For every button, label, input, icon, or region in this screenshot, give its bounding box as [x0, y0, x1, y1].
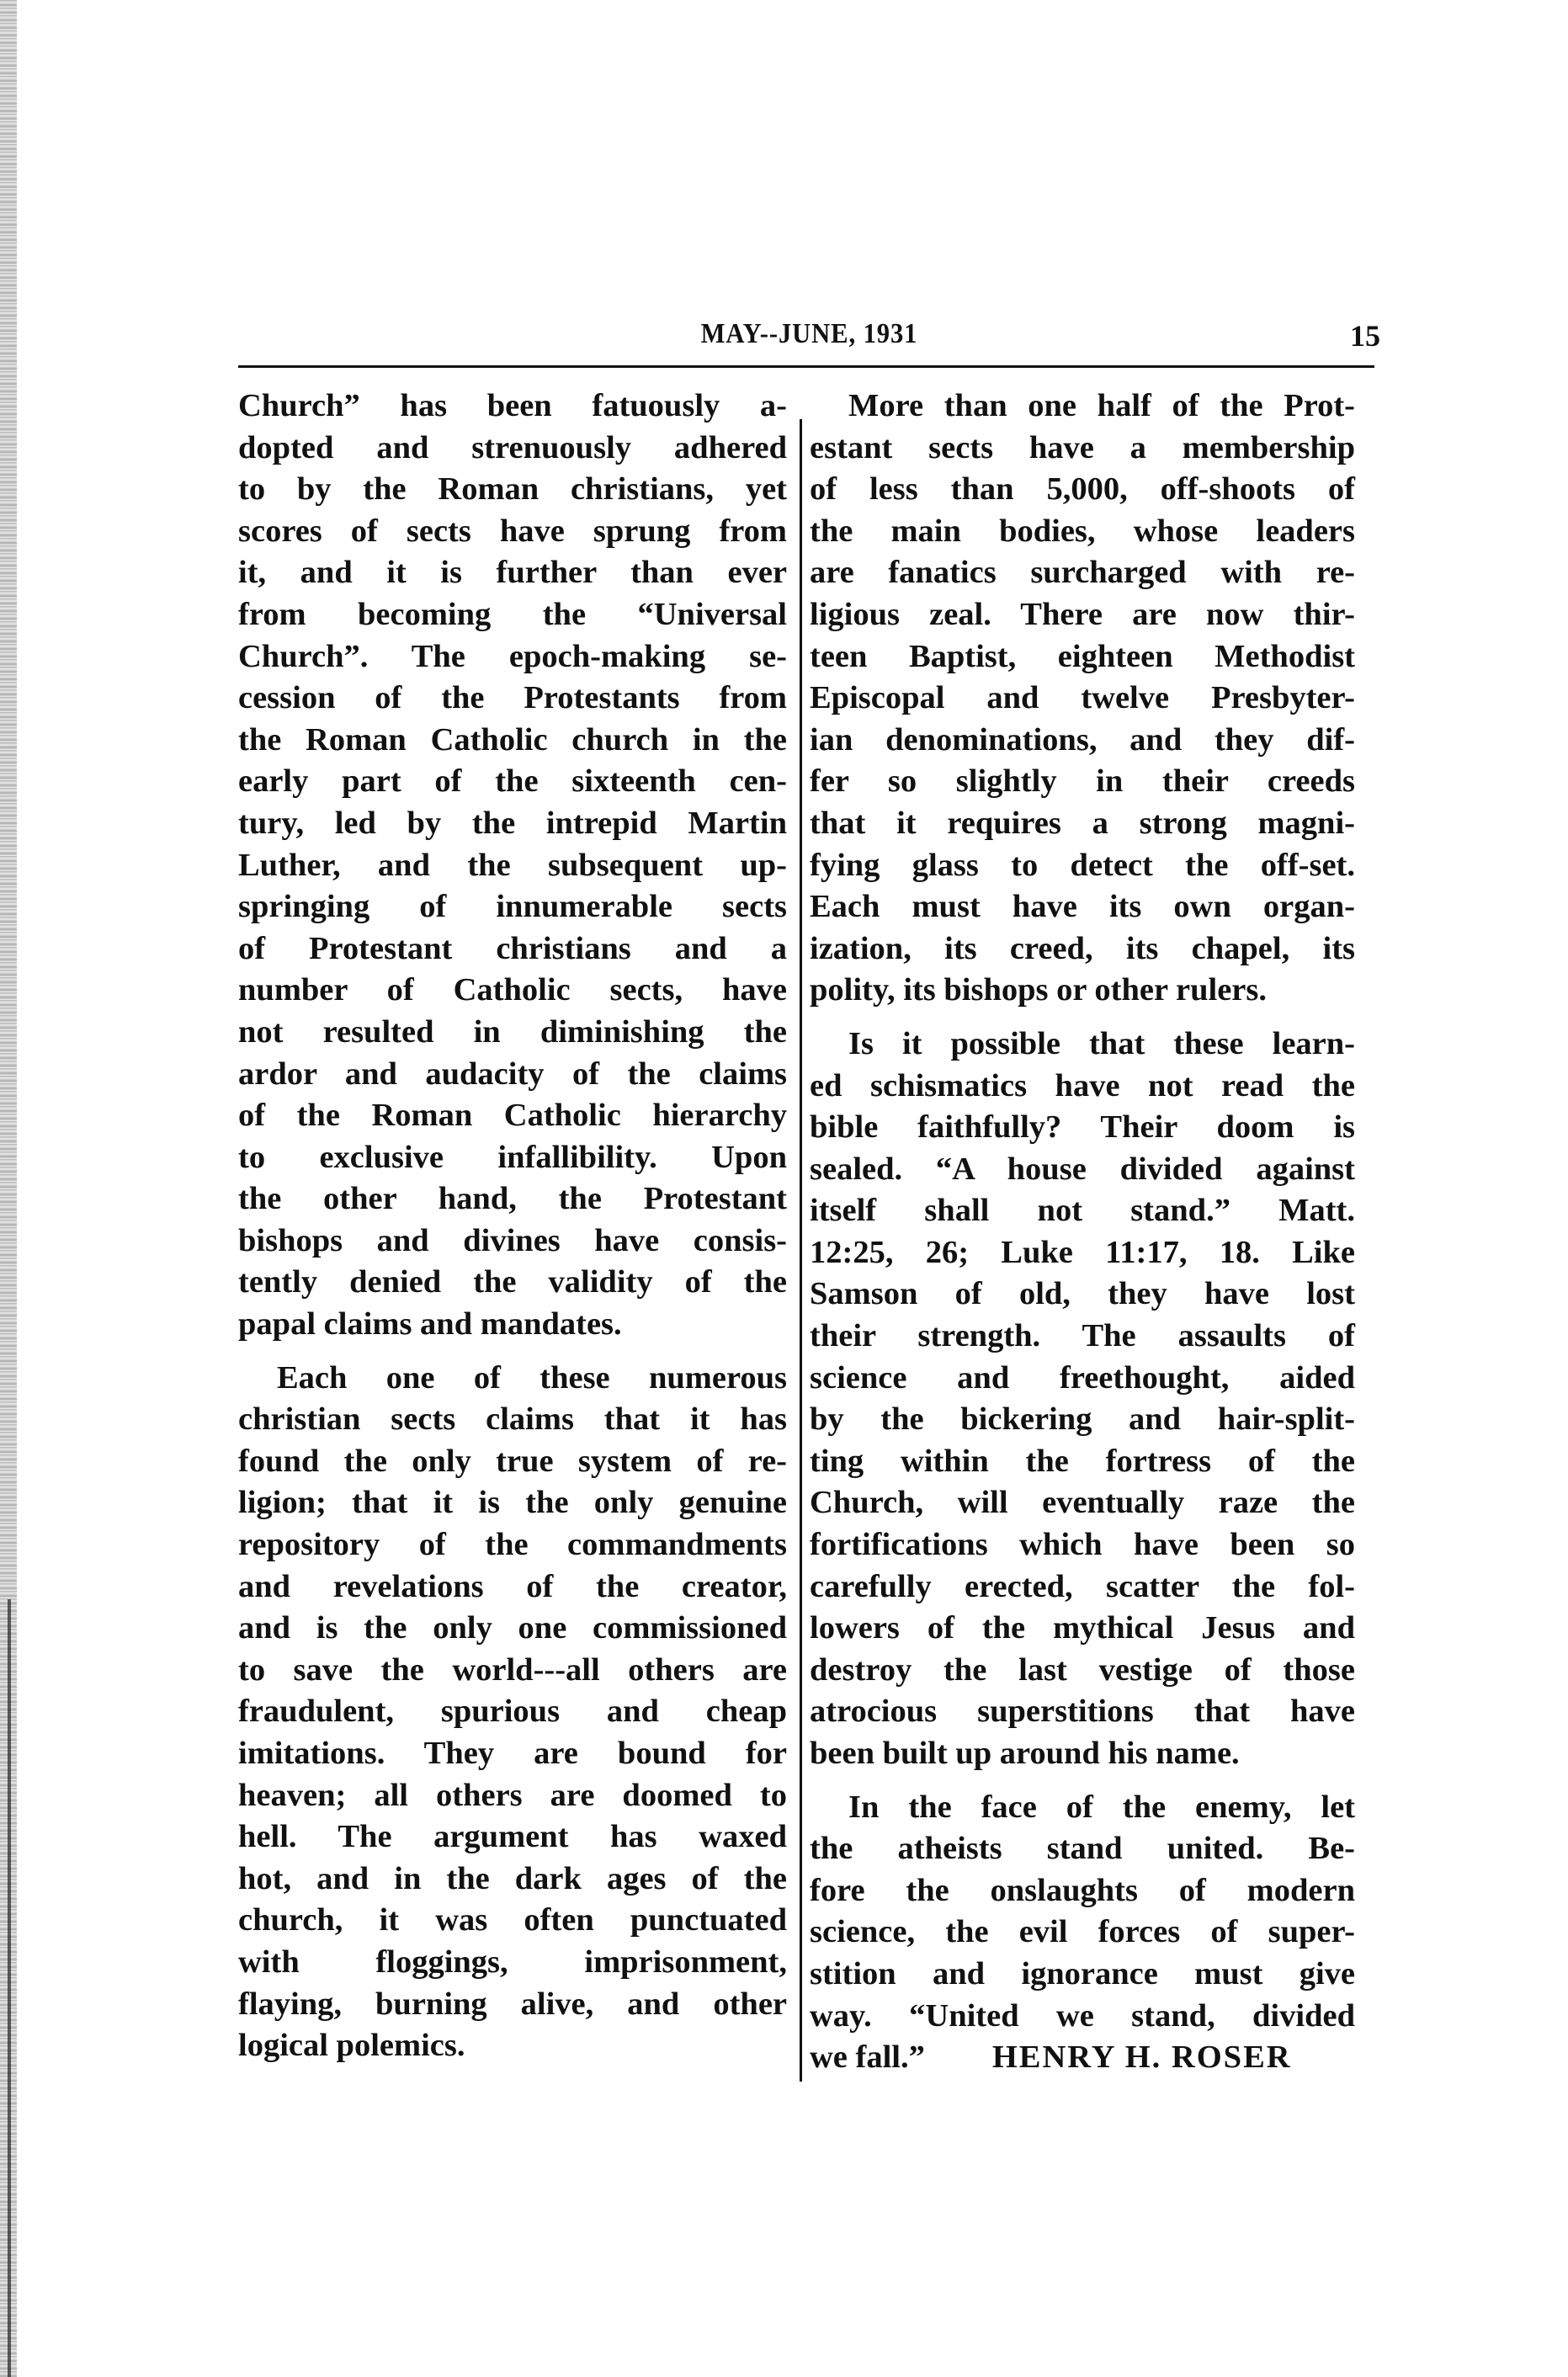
- text-line: atrocious superstitions that have: [810, 1691, 1355, 1733]
- text-line: papal claims and mandates.: [238, 1304, 787, 1346]
- text-line: lowers of the mythical Jesus and: [810, 1608, 1355, 1650]
- text-line: by the bickering and hair-split-: [810, 1399, 1355, 1441]
- text-line: More than one half of the Prot-: [810, 386, 1355, 428]
- text-line: Each one of these numerous: [238, 1358, 787, 1400]
- text-line: tently denied the validity of the: [238, 1262, 787, 1304]
- paragraph: Church” has been fatuously a-dopted and …: [238, 386, 787, 1346]
- page-number: 15: [1350, 318, 1380, 354]
- right-column: More than one half of the Prot-estant se…: [810, 386, 1355, 2079]
- running-title: MAY--JUNE, 1931: [295, 318, 1323, 350]
- paragraph: Is it possible that these learn-ed schis…: [810, 1024, 1355, 1775]
- text-line: Church” has been fatuously a-: [238, 386, 787, 428]
- text-line: ligion; that it is the only genuine: [238, 1482, 787, 1524]
- text-line: carefully erected, scatter the fol-: [810, 1566, 1355, 1609]
- text-line: Is it possible that these learn-: [810, 1024, 1355, 1066]
- text-line: Episcopal and twelve Presbyter-: [810, 678, 1355, 720]
- author-signature: HENRY H. ROSER: [992, 2039, 1292, 2075]
- text-line: hot, and in the dark ages of the: [238, 1859, 787, 1901]
- text-line: fer so slightly in their creeds: [810, 761, 1355, 803]
- text-line: tury, led by the intrepid Martin: [238, 803, 787, 845]
- text-line: Samson of old, they have lost: [810, 1274, 1355, 1316]
- text-line: ting within the fortress of the: [810, 1441, 1355, 1483]
- text-line: science, the evil forces of super-: [810, 1912, 1355, 1954]
- text-line: to save the world---all others are: [238, 1650, 787, 1692]
- text-line: been built up around his name.: [810, 1733, 1355, 1775]
- text-line: the Roman Catholic church in the: [238, 720, 787, 762]
- header-rule: [238, 365, 1374, 368]
- text-line: Luther, and the subsequent up-: [238, 845, 787, 887]
- text-line: polity, its bishops or other rulers.: [810, 970, 1355, 1012]
- running-head: MAY--JUNE, 1931 15: [238, 318, 1380, 360]
- paragraph: In the face of the enemy, letthe atheist…: [810, 1787, 1355, 2079]
- text-line: to by the Roman christians, yet: [238, 469, 787, 511]
- text-line: sealed. “A house divided against: [810, 1149, 1355, 1191]
- text-line: destroy the last vestige of those: [810, 1650, 1355, 1692]
- text-line: with floggings, imprisonment,: [238, 1942, 787, 1984]
- paragraph: More than one half of the Prot-estant se…: [810, 386, 1355, 1012]
- text-line: ed schismatics have not read the: [810, 1066, 1355, 1108]
- text-line: 12:25, 26; Luke 11:17, 18. Like: [810, 1232, 1355, 1274]
- text-line: imitations. They are bound for: [238, 1733, 787, 1775]
- text-line: fying glass to detect the off-set.: [810, 845, 1355, 887]
- text-line: Church, will eventually raze the: [810, 1482, 1355, 1524]
- column-divider: [800, 419, 802, 2082]
- text-line: and is the only one commissioned: [238, 1608, 787, 1650]
- text-line: ization, its creed, its chapel, its: [810, 928, 1355, 970]
- text-line: Each must have its own organ-: [810, 886, 1355, 928]
- text-line: of Protestant christians and a: [238, 928, 787, 970]
- text-line: scores of sects have sprung from: [238, 511, 787, 553]
- text-line: Church”. The epoch-making se-: [238, 636, 787, 678]
- text-line: dopted and strenuously adhered: [238, 428, 787, 470]
- text-line: hell. The argument has waxed: [238, 1816, 787, 1859]
- text-line: that it requires a strong magni-: [810, 803, 1355, 845]
- text-line: In the face of the enemy, let: [810, 1787, 1355, 1829]
- text-line: it, and it is further than ever: [238, 552, 787, 594]
- text-line: fore the onslaughts of modern: [810, 1870, 1355, 1912]
- text-line: fraudulent, spurious and cheap: [238, 1691, 787, 1733]
- text-line: the other hand, the Protestant: [238, 1178, 787, 1220]
- text-line: ian denominations, and they dif-: [810, 720, 1355, 762]
- text-line: and revelations of the creator,: [238, 1566, 787, 1609]
- text-line: the atheists stand united. Be-: [810, 1828, 1355, 1870]
- paragraph: Each one of these numerouschristian sect…: [238, 1358, 787, 2067]
- left-column: Church” has been fatuously a-dopted and …: [238, 386, 787, 2067]
- scan-binding-shadow: [8, 1599, 11, 2377]
- text-line: the main bodies, whose leaders: [810, 511, 1355, 553]
- text-line: not resulted in diminishing the: [238, 1012, 787, 1054]
- text-line: are fanatics surcharged with re-: [810, 552, 1355, 594]
- text-line: logical polemics.: [238, 2025, 787, 2067]
- text-line: christian sects claims that it has: [238, 1399, 787, 1441]
- text-line: stition and ignorance must give: [810, 1954, 1355, 1996]
- text-line: flaying, burning alive, and other: [238, 1984, 787, 2026]
- text-line: ardor and audacity of the claims: [238, 1054, 787, 1096]
- text-line: we fall.”HENRY H. ROSER: [810, 2037, 1355, 2079]
- text-line: itself shall not stand.” Matt.: [810, 1190, 1355, 1232]
- text-line: science and freethought, aided: [810, 1358, 1355, 1400]
- text-line: number of Catholic sects, have: [238, 970, 787, 1012]
- text-line: early part of the sixteenth cen-: [238, 761, 787, 803]
- text-line: from becoming the “Universal: [238, 594, 787, 636]
- text-line: fortifications which have been so: [810, 1524, 1355, 1566]
- text-line: church, it was often punctuated: [238, 1900, 787, 1942]
- text-line: bible faithfully? Their doom is: [810, 1107, 1355, 1149]
- text-line: their strength. The assaults of: [810, 1316, 1355, 1358]
- text-line: bishops and divines have consis-: [238, 1220, 787, 1263]
- text-line: of less than 5,000, off-shoots of: [810, 469, 1355, 511]
- text-line: way. “United we stand, divided: [810, 1996, 1355, 2038]
- text-line: springing of innumerable sects: [238, 886, 787, 928]
- text-line: cession of the Protestants from: [238, 678, 787, 720]
- text-line: to exclusive infallibility. Upon: [238, 1137, 787, 1179]
- text-line: heaven; all others are doomed to: [238, 1775, 787, 1817]
- text-line: teen Baptist, eighteen Methodist: [810, 636, 1355, 678]
- text-line: estant sects have a membership: [810, 428, 1355, 470]
- text-line: found the only true system of re-: [238, 1441, 787, 1483]
- text-line: ligious zeal. There are now thir-: [810, 594, 1355, 636]
- text-line: of the Roman Catholic hierarchy: [238, 1095, 787, 1137]
- text-line: repository of the commandments: [238, 1524, 787, 1566]
